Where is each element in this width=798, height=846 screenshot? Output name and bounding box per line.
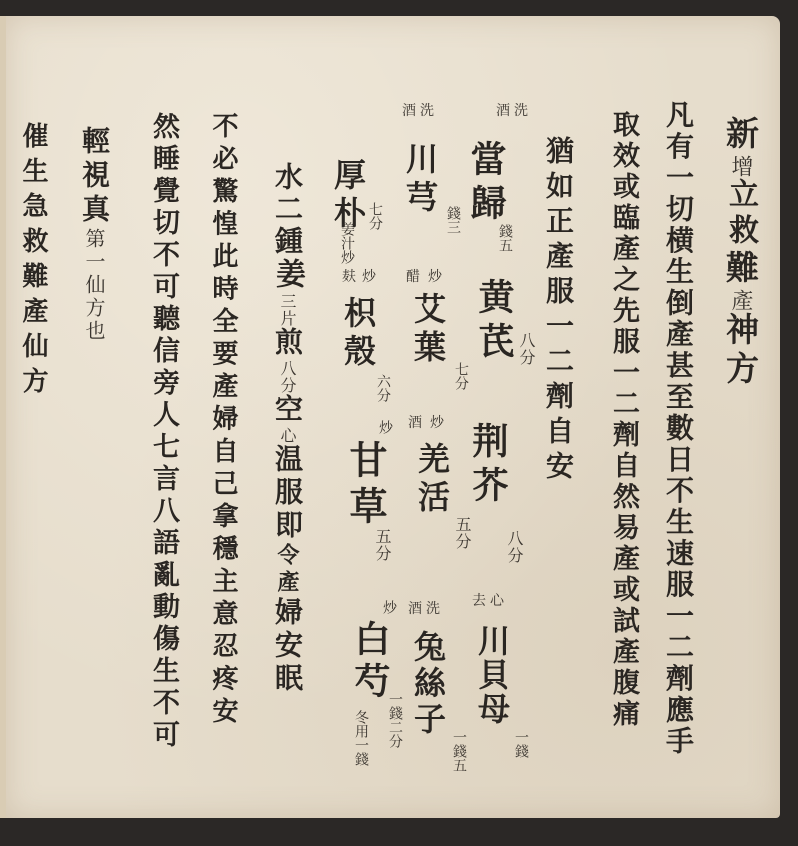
title-char: 增 — [728, 155, 753, 178]
manuscript-page: 新增立救難產神方 凡有一切横生倒產甚至數日不生速服一二劑應手 取效或臨產之先服一… — [6, 16, 780, 818]
instruction-text: 姜 — [270, 258, 305, 293]
instruction-note: 八分 — [278, 360, 297, 394]
prep-note: 姜汁炒 — [340, 222, 354, 264]
season-note: 冬用一錢 — [354, 710, 368, 766]
instruction-column-6: 不必驚惶此時全要產婦自己拿穩主意忍疼安 — [210, 112, 236, 730]
title-chars: 立救 — [723, 178, 758, 250]
ingredient-name: 艾葉 — [412, 292, 444, 368]
instruction-note: 第一仙方也 — [82, 228, 106, 343]
prep-note: 去心 — [472, 594, 508, 608]
instruction-note: 三片 — [278, 293, 297, 327]
instruction-column-7: 然睡覺切不可聽信旁人七言八語亂動傷生不可 — [150, 112, 177, 752]
instruction-text: 婦安眠 — [271, 597, 304, 696]
dose-note: 八分 — [518, 332, 534, 366]
ingredient-name: 甘草 — [346, 440, 384, 532]
ingredient-name: 兔絲子 — [412, 630, 444, 738]
title-char: 難 — [721, 250, 760, 289]
instruction-text: 水二鍾 — [271, 162, 304, 258]
dose-note: 一錢二分 — [388, 692, 402, 748]
instruction-text: 空 — [271, 394, 304, 427]
instruction-column-9: 催生急救難產仙方 — [20, 122, 46, 402]
ingredient-name: 羌活 — [416, 442, 448, 518]
dose-note: 七分 — [454, 362, 468, 390]
prep-note: 酒洗 — [496, 104, 532, 118]
instruction-text: 煎 — [271, 327, 304, 360]
prep-note: 炒 — [378, 420, 392, 434]
instruction-text: 令產 — [274, 543, 300, 597]
dose-note: 一錢五 — [452, 730, 466, 772]
ingredient-name: 黄芪 — [476, 278, 512, 366]
dose-note: 八分 — [506, 530, 522, 564]
ingredient-name: 荆芥 — [470, 422, 506, 510]
dose-note: 錢三 — [446, 206, 460, 234]
title-column: 新增立救難產神方 — [724, 116, 757, 390]
ingredient-name: 川貝母 — [476, 624, 508, 726]
dose-note: 一錢 — [514, 730, 528, 758]
ingredient-name: 白芍 — [352, 620, 388, 704]
prep-note: 酒洗 — [408, 602, 444, 616]
instruction-note: 心 — [278, 427, 297, 444]
title-char: 新 — [721, 116, 760, 155]
instruction-column-5: 水二鍾姜三片煎八分空心温服即令產婦安眠 — [272, 162, 302, 696]
dose-note: 六分 — [376, 374, 390, 402]
text-column-4: 猶如正產服一二劑自安 — [544, 136, 572, 486]
text-column-3: 取效或臨產之先服一二劑自然易產或試產腹痛 — [610, 110, 637, 730]
ingredient-name: 枳殼 — [342, 296, 374, 372]
prep-note: 醋炒 — [406, 270, 450, 284]
text-column-2: 凡有一切横生倒產甚至數日不生速服一二劑應手 — [664, 100, 692, 757]
dose-note: 五分 — [374, 528, 390, 562]
dose-note: 錢五 — [498, 224, 512, 252]
prep-note: 麸炒 — [342, 270, 382, 284]
title-chars: 神方 — [721, 312, 760, 390]
title-char: 產 — [728, 289, 753, 312]
ingredient-name: 當歸 — [468, 140, 504, 228]
instruction-column-8: 輕視真第一仙方也 — [80, 126, 108, 343]
dose-note: 七分 — [368, 202, 382, 230]
prep-note: 酒炒 — [408, 416, 452, 430]
dose-note: 五分 — [454, 516, 470, 550]
prep-note: 炒 — [382, 600, 396, 614]
instruction-text: 温服即 — [271, 444, 304, 543]
ingredient-name: 川芎 — [404, 142, 436, 218]
prep-note: 酒洗 — [402, 104, 438, 118]
instruction-text: 輕視真 — [78, 126, 111, 228]
